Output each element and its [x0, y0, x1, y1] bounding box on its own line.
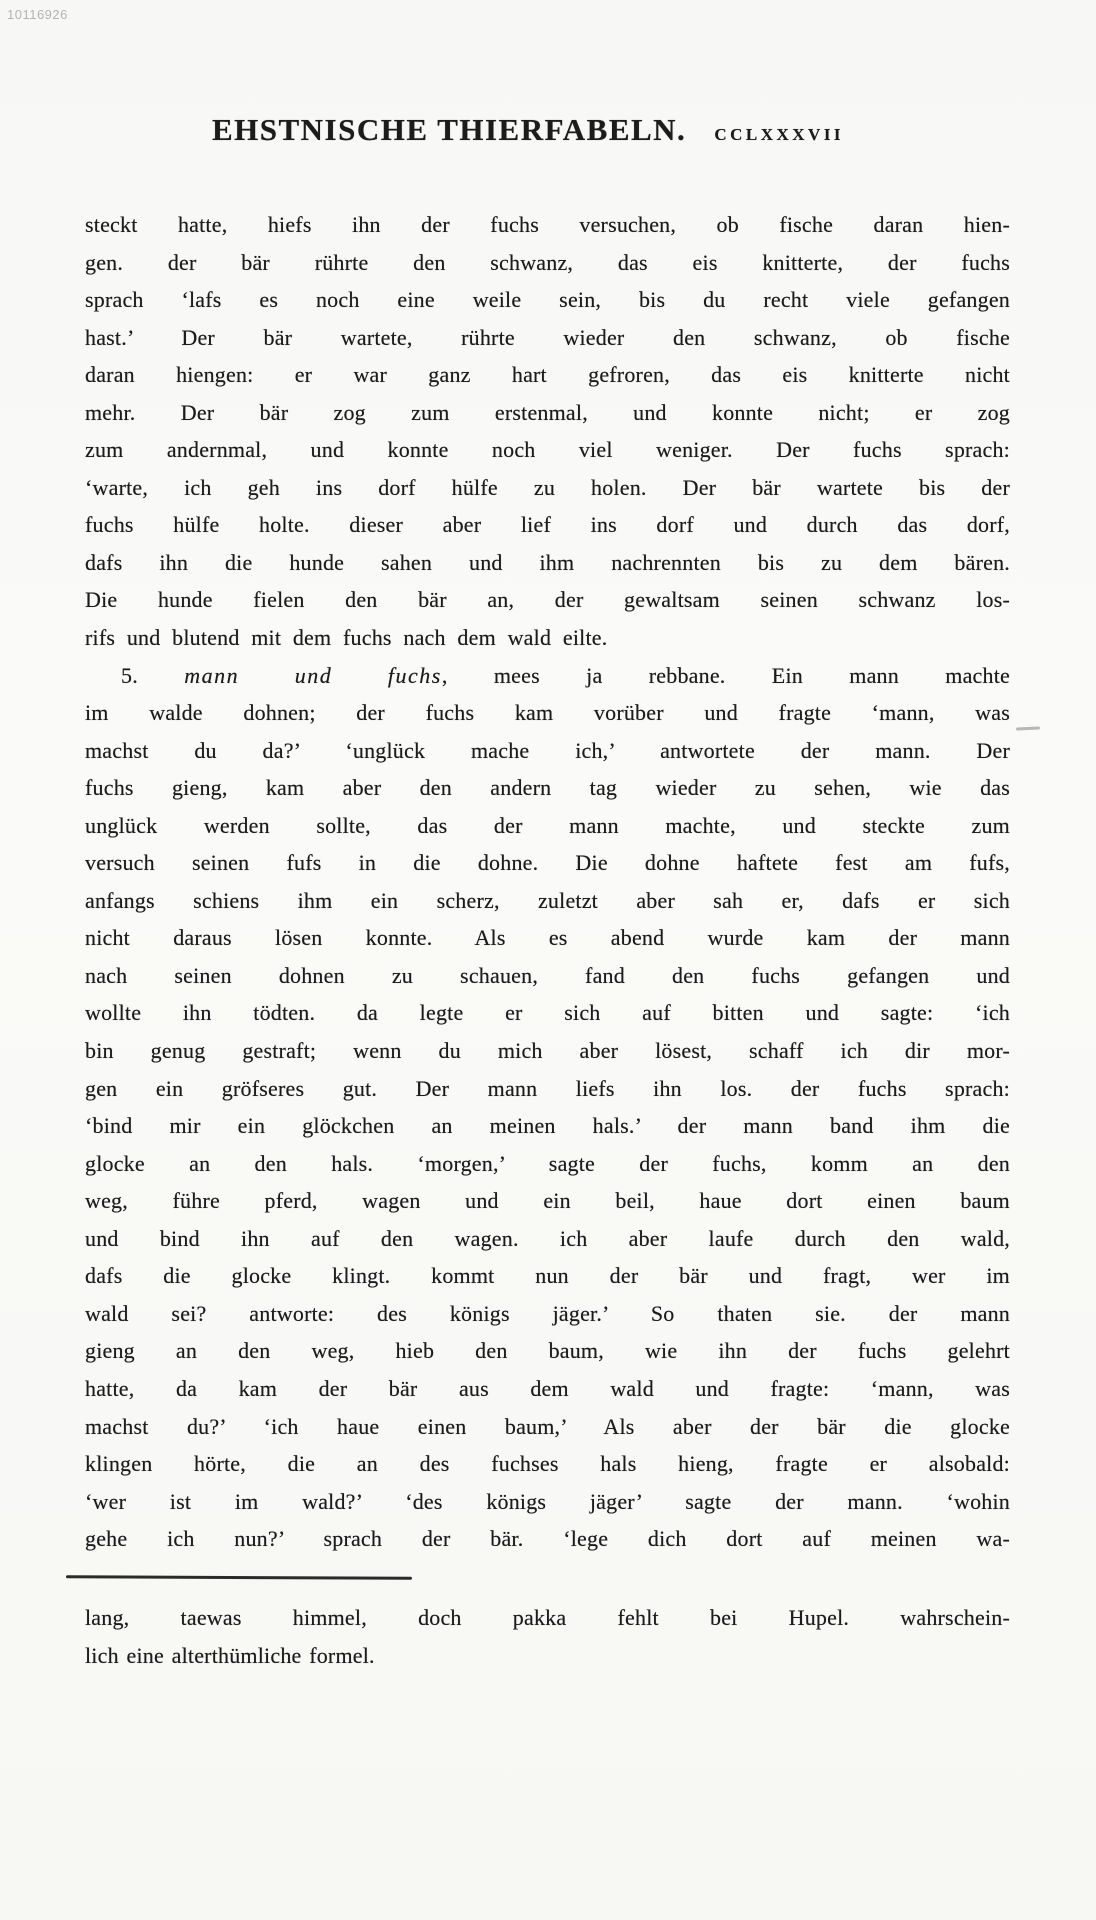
text-line: zum andernmal, und konnte noch viel weni…	[85, 431, 1010, 469]
text-line: rifs und blutend mit dem fuchs nach dem …	[85, 619, 1010, 657]
text-line: lang, taewas himmel, doch pakka fehlt be…	[85, 1599, 1010, 1637]
page-title: EHSTNISCHE THIERFABELN.	[212, 112, 686, 148]
text-line: fuchs hülfe holte. dieser aber lief ins …	[85, 506, 1010, 544]
body-text: steckt hatte, hiefs ihn der fuchs versuc…	[85, 206, 1010, 1558]
text-line: glocke an den hals. ‘morgen,’ sagte der …	[85, 1145, 1010, 1183]
text-line: gen ein gröfseres gut. Der mann liefs ih…	[85, 1070, 1010, 1108]
text-line: ‘bind mir ein glöckchen an meinen hals.’…	[85, 1107, 1010, 1145]
text-line: gen. der bär rührte den schwanz, das eis…	[85, 244, 1010, 282]
text-line: nach seinen dohnen zu schauen, fand den …	[85, 957, 1010, 995]
text-line: lich eine alterthümliche formel.	[85, 1637, 1010, 1675]
text-line: fuchs gieng, kam aber den andern tag wie…	[85, 769, 1010, 807]
text-line: bin genug gestraft; wenn du mich aber lö…	[85, 1032, 1010, 1070]
scanned-page: 10116926 EHSTNISCHE THIERFABELN. CCLXXXV…	[0, 0, 1096, 1920]
footnote-rule	[66, 1575, 412, 1580]
page-numeral: CCLXXXVII	[714, 125, 844, 145]
text-line: machst du da?’ ‘unglück mache ich,’ antw…	[85, 732, 1010, 770]
text-line: 5. mann und fuchs, mees ja rebbane. Ein …	[85, 657, 1010, 695]
text-line: nicht daraus lösen konnte. Als es abend …	[85, 919, 1010, 957]
text-line: gieng an den weg, hieb den baum, wie ihn…	[85, 1332, 1010, 1370]
text-line: unglück werden sollte, das der mann mach…	[85, 807, 1010, 845]
text-line: machst du?’ ‘ich haue einen baum,’ Als a…	[85, 1408, 1010, 1446]
text-line: hatte, da kam der bär aus dem wald und f…	[85, 1370, 1010, 1408]
text-line: wald sei? antworte: des königs jäger.’ S…	[85, 1295, 1010, 1333]
text-line: ‘warte, ich geh ins dorf hülfe zu holen.…	[85, 469, 1010, 507]
footnote: lang, taewas himmel, doch pakka fehlt be…	[85, 1599, 1010, 1675]
margin-mark	[1016, 726, 1040, 730]
text-line: daran hiengen: er war ganz hart gefroren…	[85, 356, 1010, 394]
text-line: im walde dohnen; der fuchs kam vorüber u…	[85, 694, 1010, 732]
text-line: anfangs schiens ihm ein scherz, zuletzt …	[85, 882, 1010, 920]
text-line: hast.’ Der bär wartete, rührte wieder de…	[85, 319, 1010, 357]
text-line: ‘wer ist im wald?’ ‘des königs jäger’ sa…	[85, 1483, 1010, 1521]
text-line: dafs die glocke klingt. kommt nun der bä…	[85, 1257, 1010, 1295]
text-line: sprach ‘lafs es noch eine weile sein, bi…	[85, 281, 1010, 319]
text-line: steckt hatte, hiefs ihn der fuchs versuc…	[85, 206, 1010, 244]
scan-id-number: 10116926	[7, 7, 68, 22]
page-header: EHSTNISCHE THIERFABELN. CCLXXXVII	[0, 112, 1076, 148]
text-line: Die hunde fielen den bär an, der gewalts…	[85, 581, 1010, 619]
text-line: wollte ihn tödten. da legte er sich auf …	[85, 994, 1010, 1032]
text-line: klingen hörte, die an des fuchses hals h…	[85, 1445, 1010, 1483]
text-line: gehe ich nun?’ sprach der bär. ‘lege dic…	[85, 1520, 1010, 1558]
text-line: versuch seinen fufs in die dohne. Die do…	[85, 844, 1010, 882]
text-line: weg, führe pferd, wagen und ein beil, ha…	[85, 1182, 1010, 1220]
text-line: und bind ihn auf den wagen. ich aber lau…	[85, 1220, 1010, 1258]
text-line: dafs ihn die hunde sahen und ihm nachren…	[85, 544, 1010, 582]
text-line: mehr. Der bär zog zum erstenmal, und kon…	[85, 394, 1010, 432]
